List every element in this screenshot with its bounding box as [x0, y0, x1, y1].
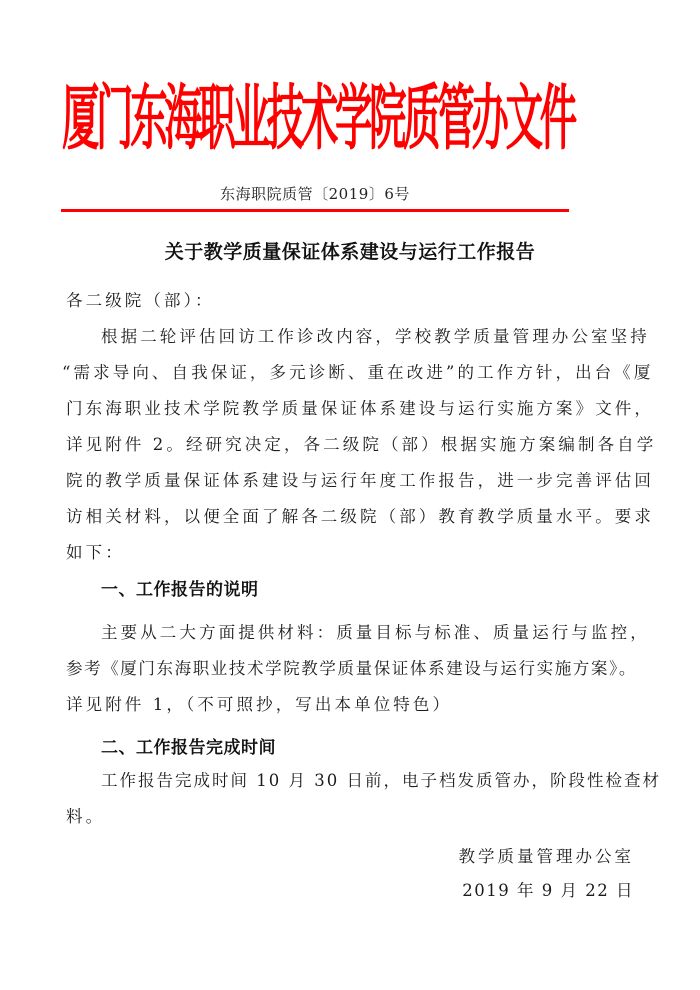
body-line: 料。: [66, 803, 105, 827]
body-line: 工作报告完成时间 10 月 30 日前，电子档发质管办，阶段性检查材: [101, 767, 661, 791]
document-number: 东海职院质管〔2019〕6号: [0, 183, 630, 204]
document-page: 厦门东海职业技术学院质管办文件 东海职院质管〔2019〕6号 关于教学质量保证体…: [0, 0, 700, 990]
signature-office: 教学质量管理办公室: [459, 843, 635, 867]
body-line: “需求导向、自我保证，多元诊断、重在改进”的工作方针，出台《厦: [62, 359, 653, 383]
body-line: 院的教学质量保证体系建设与运行年度工作报告，进一步完善评估回: [66, 467, 654, 491]
body-line: 如下：: [66, 539, 125, 563]
signature-date: 2019 年 9 月 22 日: [462, 877, 634, 901]
report-title: 关于教学质量保证体系建设与运行工作报告: [0, 237, 700, 264]
body-line: 门东海职业技术学院教学质量保证体系建设与运行实施方案》文件，: [66, 395, 654, 419]
section-heading-2: 二、工作报告完成时间: [101, 733, 276, 758]
body-line: 根据二轮评估回访工作诊改内容，学校教学质量管理办公室坚持: [101, 323, 650, 347]
section-heading-1: 一、工作报告的说明: [101, 575, 259, 600]
letterhead-divider: [61, 209, 569, 212]
body-line: 主要从二大方面提供材料：质量目标与标准、质量运行与监控，: [101, 619, 650, 643]
body-line: 详见附件 1，（不可照抄，写出本单位特色）: [66, 691, 452, 715]
body-line: 访相关材料，以便全面了解各二级院（部）教育教学质量水平。要求: [66, 503, 654, 527]
body-line: 参考《厦门东海职业技术学院教学质量保证体系建设与运行实施方案》。: [66, 655, 637, 679]
body-line: 详见附件 2。经研究决定，各二级院（部）根据实施方案编制各自学: [66, 431, 656, 455]
salutation: 各二级院（部）：: [66, 287, 215, 311]
